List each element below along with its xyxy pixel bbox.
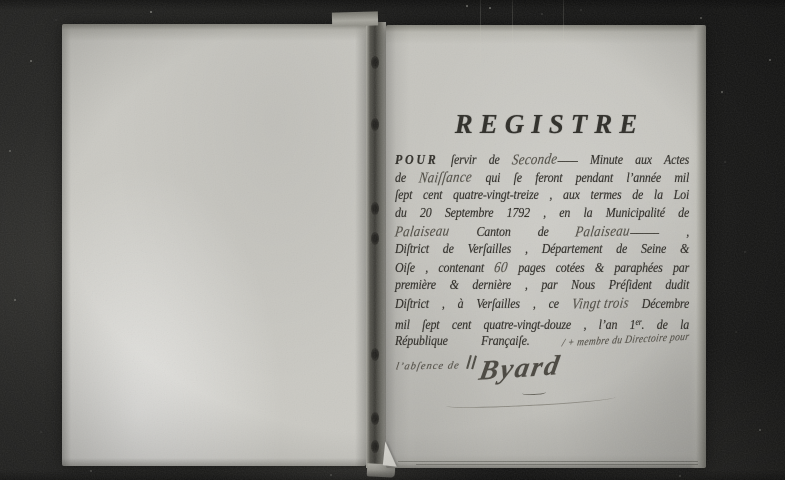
handwritten-text: Seconde xyxy=(511,151,559,170)
register-title-page: REGISTRE POUR ſervir de Seconde Minute a… xyxy=(386,25,706,468)
microfilm-register-scan: REGISTRE POUR ſervir de Seconde Minute a… xyxy=(0,0,785,480)
register-title: REGISTRE xyxy=(386,109,706,140)
page-stack-edge xyxy=(398,461,698,462)
signature-scribble xyxy=(522,388,546,395)
printed-text: Diſtrict , à Verſailles , ce xyxy=(395,297,572,312)
text-line-8: première & dernière , par Nous Préſident… xyxy=(395,277,689,295)
handwritten-text: Vingt trois xyxy=(571,294,630,313)
dust-specks xyxy=(0,0,2,2)
handwritten-text: Palaiseau xyxy=(574,222,631,241)
signature: Byard xyxy=(477,350,564,388)
text-line-3: ſept cent quatre-vingt-treize , aux term… xyxy=(395,187,689,205)
stitch-mark xyxy=(371,232,379,245)
closing-annotations: l’abſence de Byard xyxy=(394,351,694,427)
stitch-mark xyxy=(371,412,379,425)
text-line-9: Diſtrict , à Verſailles , ce Vingt trois… xyxy=(395,295,689,313)
printed-text: qui ſe feront pendant l’année mil xyxy=(472,171,689,186)
printed-text: Minute aux Actes xyxy=(578,153,689,168)
text-line-10: mil ſept cent quatre-vingt-douze , l’an … xyxy=(395,313,689,331)
spine-top-tab xyxy=(332,11,378,26)
pen-slashes xyxy=(466,355,472,369)
pen-filler-line xyxy=(630,230,659,234)
page-corner-curl xyxy=(383,441,399,466)
text-line-1: POUR ſervir de Seconde Minute aux Actes xyxy=(395,151,689,169)
printed-text: POUR xyxy=(395,153,439,168)
printed-text: , xyxy=(659,225,689,240)
printed-text: ſervir de xyxy=(439,153,512,168)
printed-text: Oiſe , contenant xyxy=(395,261,494,276)
film-scratch xyxy=(512,0,513,110)
absence-note: l’abſence de xyxy=(395,360,461,372)
register-body-text: POUR ſervir de Seconde Minute aux Actes … xyxy=(395,151,689,349)
signature-flourish-line xyxy=(446,393,616,409)
stitch-mark xyxy=(371,440,379,453)
printed-text: République Françaiſe. xyxy=(395,334,563,349)
stitch-mark xyxy=(371,202,379,215)
handwritten-text: Naiſſance xyxy=(418,168,474,187)
printed-text: première & dernière , par Nous Préſident… xyxy=(395,278,689,293)
printed-text: pages cotées & paraphées par xyxy=(508,261,689,276)
left-blank-page xyxy=(62,24,366,466)
pen-filler-line xyxy=(557,158,578,162)
text-line-2: de Naiſſance qui ſe feront pendant l’ann… xyxy=(395,169,689,187)
printed-text: de xyxy=(395,171,419,186)
film-scratch xyxy=(480,0,481,70)
stitch-mark xyxy=(371,56,379,69)
printed-text: du 20 Septembre 1792 , en la Municipalit… xyxy=(395,206,689,221)
handwritten-text: Palaiseau xyxy=(394,222,451,241)
page-stack-edge xyxy=(416,464,698,465)
text-line-7: Oiſe , contenant 60 pages cotées & parap… xyxy=(395,259,689,277)
text-line-5: Palaiseau Canton de Palaiseau , xyxy=(395,223,689,241)
stitch-mark xyxy=(371,348,379,361)
handwritten-marginal-note: / + membre du Directoire pour xyxy=(561,328,691,352)
printed-text: ſept cent quatre-vingt-treize , aux term… xyxy=(395,188,689,203)
printed-text: Canton de xyxy=(449,225,575,240)
text-line-4: du 20 Septembre 1792 , en la Municipalit… xyxy=(395,205,689,223)
handwritten-text: 60 xyxy=(493,259,509,277)
text-line-11: République Françaiſe. / + membre du Dire… xyxy=(395,331,689,349)
film-scratch xyxy=(563,0,564,55)
book-spine-binding xyxy=(366,22,386,468)
printed-text: Décembre xyxy=(629,297,689,312)
printed-text: Diſtrict de Verſailles , Département de … xyxy=(395,242,689,257)
stitch-mark xyxy=(371,118,379,131)
text-line-6: Diſtrict de Verſailles , Département de … xyxy=(395,241,689,259)
